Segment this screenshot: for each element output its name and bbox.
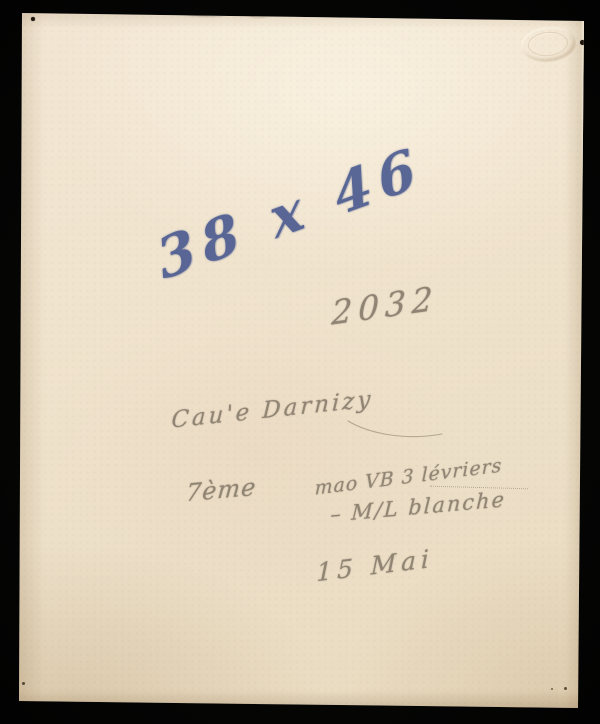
note-word: 7ème xyxy=(185,473,258,507)
pinhole xyxy=(580,40,585,45)
paper-sheet: 38 x 46 2032 Cau'e Darnizy 7ème mao VB 3… xyxy=(0,0,600,724)
edge-smudge xyxy=(180,10,226,16)
name-annotation: Cau'e Darnizy xyxy=(171,386,374,433)
flourish-stroke xyxy=(346,417,446,445)
paper-edge-shading xyxy=(19,13,584,708)
edge-smudge xyxy=(250,14,268,17)
pinhole xyxy=(22,682,25,685)
paper-speck xyxy=(551,688,553,690)
embossed-stamp xyxy=(519,24,576,63)
photo-backdrop: 38 x 46 2032 Cau'e Darnizy 7ème mao VB 3… xyxy=(0,0,600,724)
pinhole xyxy=(31,17,35,21)
embossed-stamp-ring xyxy=(527,30,569,58)
size-annotation: 38 x 46 xyxy=(151,133,430,292)
paper-speck xyxy=(564,687,567,690)
inventory-number: 2032 xyxy=(331,278,439,333)
paper-texture xyxy=(0,0,600,724)
date-annotation: 15 Mai xyxy=(316,544,434,588)
